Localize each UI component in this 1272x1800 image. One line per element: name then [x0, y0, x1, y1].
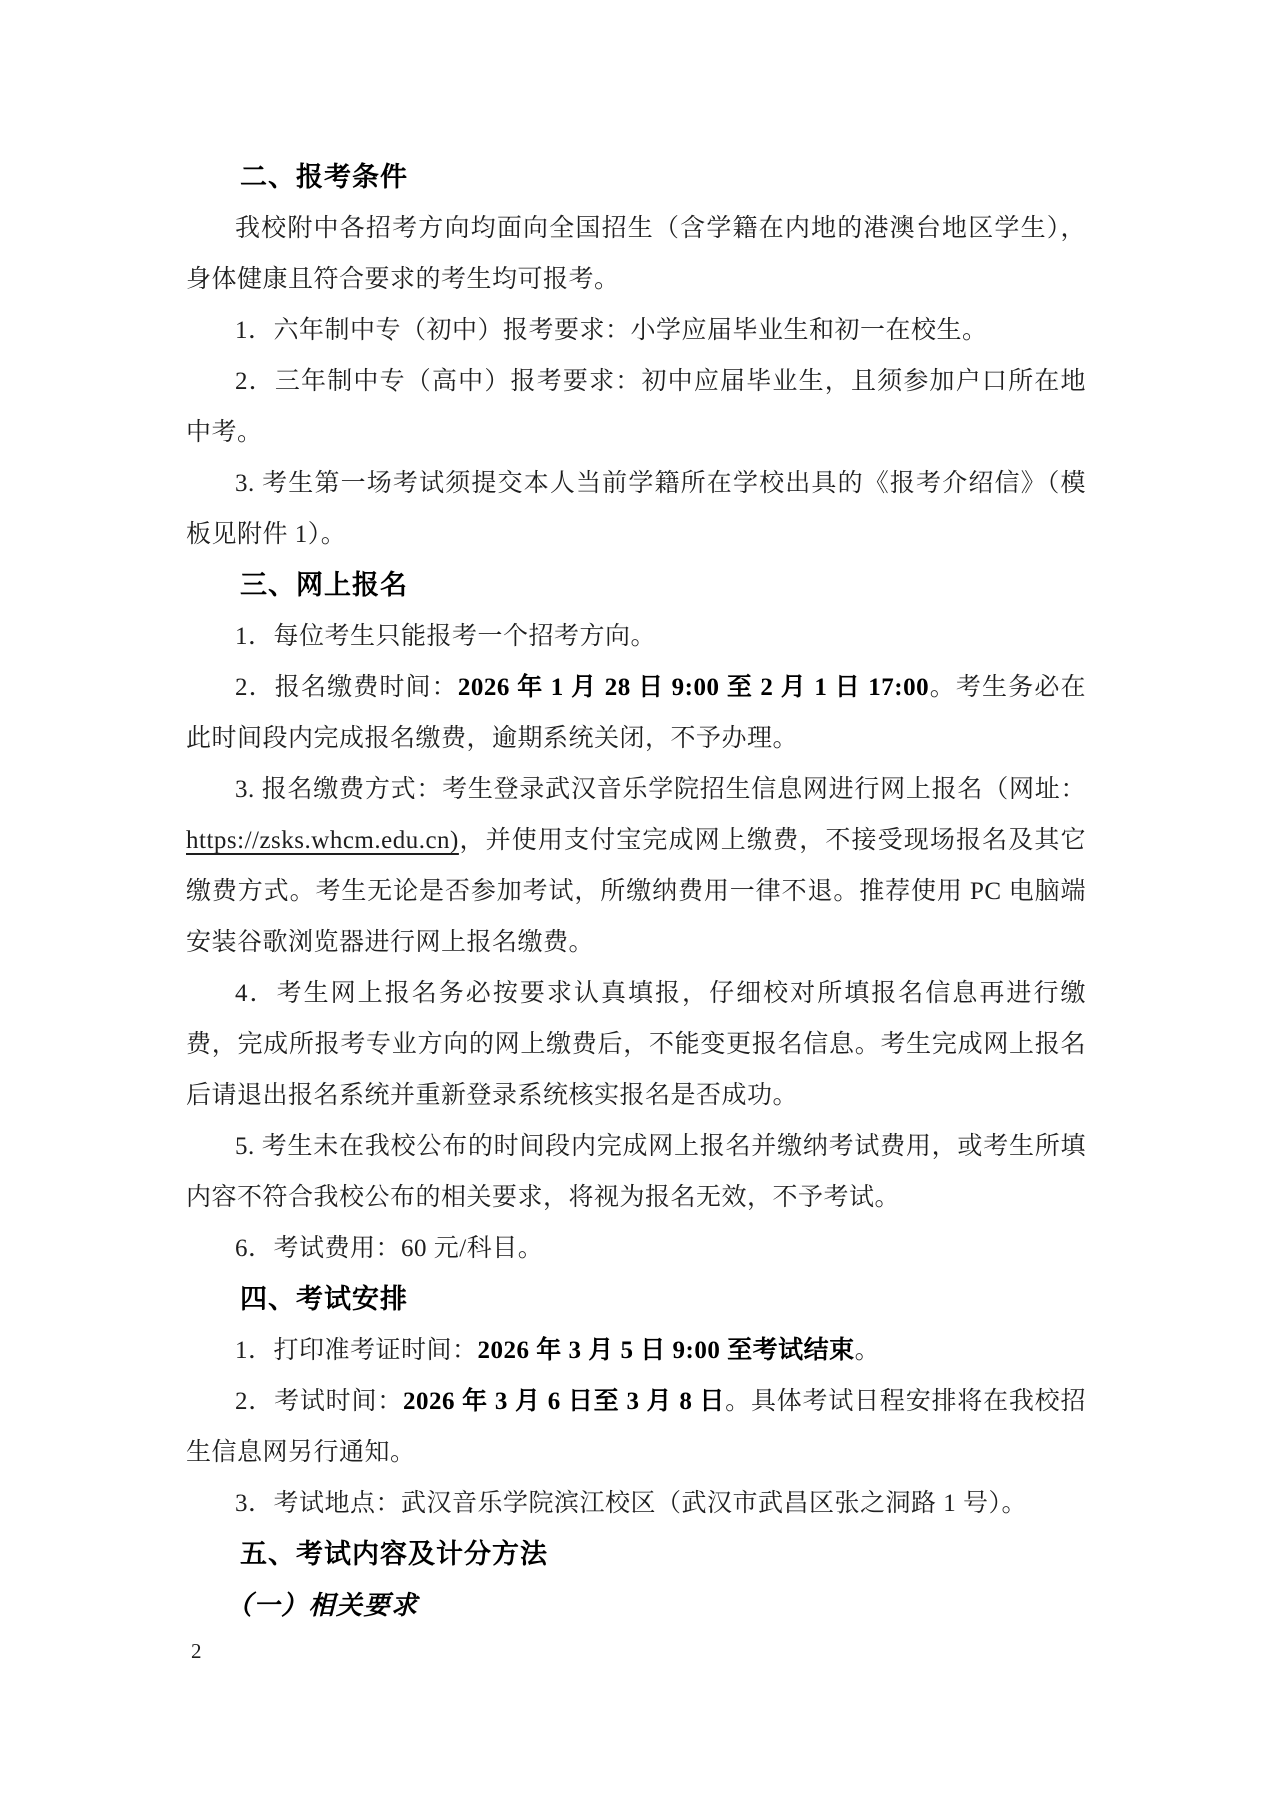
text-run: 1．每位考生只能报考一个招考方向。: [235, 623, 656, 650]
text-run: 三、网上报名: [240, 570, 408, 600]
text-run: 2．三年制中专（高中）报考要求：初中应届毕业生，且须参加户口所在地中考。: [186, 368, 1086, 446]
text-run: 3．考试地点：武汉音乐学院滨江校区（武汉市武昌区张之洞路 1 号）。: [235, 1490, 1027, 1517]
bold-text-run: 2026 年 3 月 6 日至 3 月 8 日: [403, 1388, 725, 1415]
paragraph: 6．考试费用：60 元/科目。: [186, 1223, 1086, 1274]
text-run: 1．打印准考证时间：: [235, 1337, 478, 1364]
text-run: 四、考试安排: [240, 1284, 408, 1314]
text-run: 3. 考生第一场考试须提交本人当前学籍所在学校出具的《报考介绍信》（模板见附件 …: [186, 470, 1086, 548]
text-run: 5. 考生未在我校公布的时间段内完成网上报名并缴纳考试费用，或考生所填内容不符合…: [186, 1133, 1086, 1211]
subsection-heading: （一）相关要求: [186, 1580, 1086, 1631]
text-run: （一）相关要求: [226, 1591, 419, 1620]
paragraph: 2．报名缴费时间：2026 年 1 月 28 日 9:00 至 2 月 1 日 …: [186, 662, 1086, 764]
section-heading: 三、网上报名: [186, 560, 1086, 611]
paragraph: 2．考试时间：2026 年 3 月 6 日至 3 月 8 日。具体考试日程安排将…: [186, 1376, 1086, 1478]
bold-text-run: 2026 年 1 月 28 日 9:00 至 2 月 1 日 17:00: [458, 674, 929, 701]
section-heading: 四、考试安排: [186, 1274, 1086, 1325]
paragraph: 3. 考生第一场考试须提交本人当前学籍所在学校出具的《报考介绍信》（模板见附件 …: [186, 458, 1086, 560]
paragraph: 3．考试地点：武汉音乐学院滨江校区（武汉市武昌区张之洞路 1 号）。: [186, 1478, 1086, 1529]
text-run: 2．报名缴费时间：: [235, 674, 458, 701]
paragraph: 1．打印准考证时间：2026 年 3 月 5 日 9:00 至考试结束。: [186, 1325, 1086, 1376]
page-number: 2: [191, 1638, 202, 1664]
paragraph: 1．六年制中专（初中）报考要求：小学应届毕业生和初一在校生。: [186, 305, 1086, 356]
section-heading: 五、考试内容及计分方法: [186, 1529, 1086, 1580]
text-run: 1．六年制中专（初中）报考要求：小学应届毕业生和初一在校生。: [235, 317, 988, 344]
paragraph: 我校附中各招考方向均面向全国招生（含学籍在内地的港澳台地区学生），身体健康且符合…: [186, 203, 1086, 305]
text-run: 五、考试内容及计分方法: [240, 1539, 548, 1569]
paragraph: 1．每位考生只能报考一个招考方向。: [186, 611, 1086, 662]
paragraph: 3. 报名缴费方式：考生登录武汉音乐学院招生信息网进行网上报名（网址：https…: [186, 764, 1086, 968]
paragraph: 4．考生网上报名务必按要求认真填报，仔细校对所填报名信息再进行缴费，完成所报考专…: [186, 968, 1086, 1121]
section-heading: 二、报考条件: [186, 152, 1086, 203]
text-run: 4．考生网上报名务必按要求认真填报，仔细校对所填报名信息再进行缴费，完成所报考专…: [186, 980, 1086, 1109]
url-link[interactable]: https://zsks.whcm.edu.cn): [186, 827, 459, 854]
document-page: 二、报考条件我校附中各招考方向均面向全国招生（含学籍在内地的港澳台地区学生），身…: [0, 0, 1272, 1800]
text-run: 3. 报名缴费方式：考生登录武汉音乐学院招生信息网进行网上报名（网址：: [235, 776, 1086, 803]
text-run: 我校附中各招考方向均面向全国招生（含学籍在内地的港澳台地区学生），身体健康且符合…: [186, 215, 1086, 293]
text-run: 二、报考条件: [240, 162, 408, 192]
text-run: 6．考试费用：60 元/科目。: [235, 1235, 543, 1262]
text-run: 2．考试时间：: [235, 1388, 403, 1415]
bold-text-run: 2026 年 3 月 5 日 9:00 至考试结束: [478, 1337, 855, 1364]
paragraph: 5. 考生未在我校公布的时间段内完成网上报名并缴纳考试费用，或考生所填内容不符合…: [186, 1121, 1086, 1223]
text-run: 。: [855, 1337, 881, 1364]
document-body: 二、报考条件我校附中各招考方向均面向全国招生（含学籍在内地的港澳台地区学生），身…: [186, 152, 1086, 1631]
paragraph: 2．三年制中专（高中）报考要求：初中应届毕业生，且须参加户口所在地中考。: [186, 356, 1086, 458]
